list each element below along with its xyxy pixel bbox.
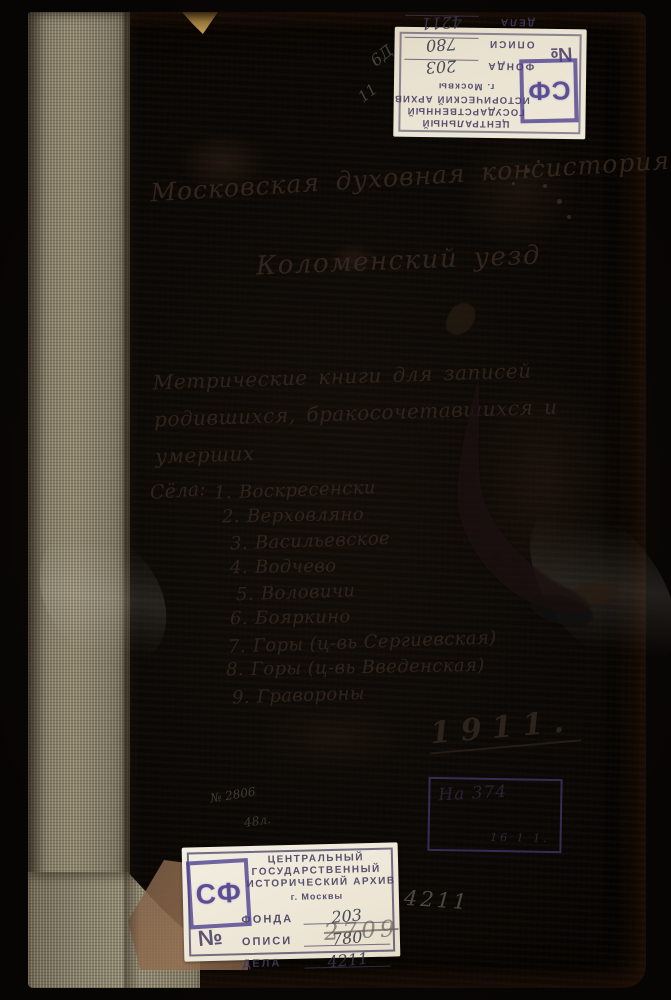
field-row-fond: ФОНДА 203 <box>404 59 534 81</box>
archive-org-name: ЦЕНТРАЛЬНЫЙ ГОСУДАРСТВЕННЫЙ ИСТОРИЧЕСКИЙ… <box>246 852 387 904</box>
stain <box>458 132 578 252</box>
village-number: 7. <box>228 635 247 657</box>
village-name: Гравороны <box>257 683 366 708</box>
village-name: Васильевское <box>255 528 391 554</box>
pencil-top-mark: 6Д <box>367 41 397 70</box>
spine-fold-shadow <box>124 12 140 988</box>
book-cover: Московская духовная консистория Коломенс… <box>28 12 646 988</box>
ink-smudge-stroke <box>428 372 598 642</box>
village-name: Верховляно <box>247 503 364 526</box>
ink-spatter-dot <box>557 199 562 204</box>
org-line: ГОСУДАРСТВЕННЫЙ <box>402 104 530 118</box>
village-number: 1. <box>214 482 233 504</box>
archive-org-name: ЦЕНТРАЛЬНЫЙ ГОСУДАРСТВЕННЫЙ ИСТОРИЧЕСКИЙ… <box>401 79 530 130</box>
delo-value: 4211 <box>421 12 463 33</box>
village-number: 9. <box>232 687 251 709</box>
pencil-crossed-old-number: 2709 <box>323 916 399 946</box>
handwritten-year: 1911. <box>427 703 582 754</box>
sheet-count-faint-date: 16 1 1. <box>490 831 550 845</box>
sheet-count-value: На 374 <box>438 782 508 806</box>
field-row-delo: ДЕЛА 4211 <box>405 15 535 37</box>
village-number: 8. <box>226 659 244 680</box>
ink-blot <box>442 298 480 340</box>
village-name: Горы (ц-вь Введенская) <box>251 655 485 680</box>
org-line: г. Москвы <box>402 79 530 93</box>
field-row-opis: ОПИСИ 780 <box>404 37 534 59</box>
org-line: ЦЕНТРАЛЬНЫЙ <box>401 116 529 130</box>
pencil-top-mark: 11 <box>354 80 380 106</box>
fond-value: 203 <box>425 56 457 77</box>
village-number: 6. <box>230 608 248 629</box>
pencil-sheets-note: 48л. <box>243 812 272 830</box>
torn-top-notch <box>182 12 218 34</box>
handwritten-title: Московская духовная консистория <box>150 150 611 208</box>
field-label: ДЕЛА <box>242 957 304 971</box>
sf-monogram-stamp: СФ <box>186 858 252 930</box>
sf-monogram-stamp: СФ <box>519 58 578 123</box>
archive-fields: ФОНДА 203 ОПИСИ 780 ДЕЛА 4211 <box>404 13 535 81</box>
pencil-number-note: № 2806 <box>209 785 256 806</box>
village-number: 5. <box>236 584 255 606</box>
field-label: ОПИСИ <box>478 38 534 50</box>
photo-stage: Московская духовная консистория Коломенс… <box>0 0 671 1000</box>
village-name: Бояркино <box>255 606 351 629</box>
village-number: 2. <box>222 506 240 527</box>
pencil-delo-note: 4211 <box>403 886 470 915</box>
handwritten-uyezd: Коломенский уезд <box>256 241 542 282</box>
village-number: 3. <box>230 533 249 555</box>
archive-label-top: СФ ЦЕНТРАЛЬНЫЙ ГОСУДАРСТВЕННЫЙ ИСТОРИЧЕС… <box>393 27 587 140</box>
village-name: Воловичи <box>261 581 356 605</box>
village-name: Водчево <box>255 555 337 577</box>
villages-heading: Сёла: <box>149 478 206 504</box>
org-line: ИСТОРИЧЕСКИЙ АРХИВ <box>402 92 530 106</box>
delo-value: 4211 <box>326 949 368 972</box>
archive-label-bottom: СФ ЦЕНТРАЛЬНЫЙ ГОСУДАРСТВЕННЫЙ ИСТОРИЧЕС… <box>182 842 401 961</box>
field-label: ОПИСИ <box>242 935 304 949</box>
opis-value: 780 <box>426 34 458 55</box>
sheet-count-stamp: На 374 16 1 1. <box>427 777 562 853</box>
village-name: Воскресенски <box>239 477 377 503</box>
field-row-delo: ДЕЛА 4211 <box>242 947 390 971</box>
ink-spatter-dot <box>567 215 571 219</box>
stain <box>258 702 408 772</box>
village-number: 4. <box>230 557 248 578</box>
book-spine-cloth <box>28 12 130 988</box>
field-label: ДЕЛА <box>479 16 535 28</box>
ink-spatter-dot <box>543 184 547 188</box>
